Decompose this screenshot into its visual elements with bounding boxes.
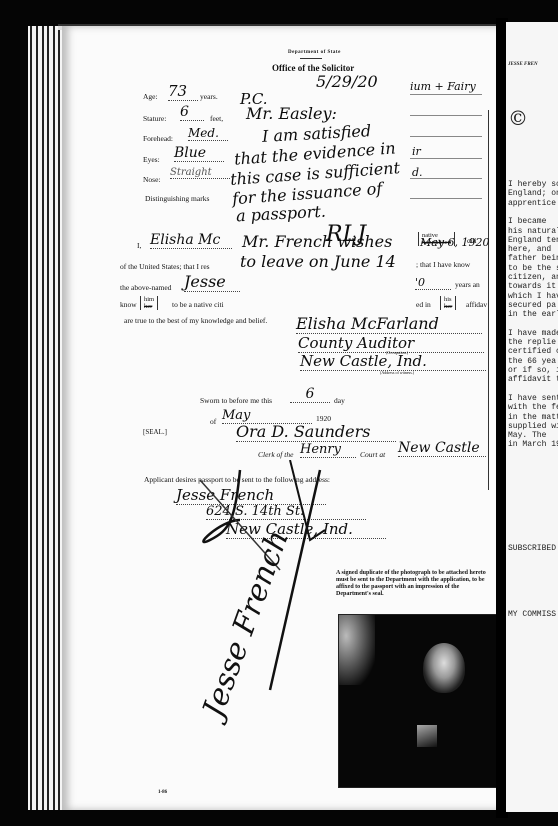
united-states-text: of the United States; that I res — [120, 262, 210, 271]
court-label: Court at — [360, 450, 385, 459]
county-value: Henry — [300, 442, 356, 458]
years-known-value: '0 — [415, 276, 451, 290]
known-text: ; that I have know — [416, 260, 470, 269]
form-number: 1-86 — [158, 790, 167, 795]
native-citizen-text: to be a native citi — [172, 300, 224, 309]
eyes-value: Blue — [174, 145, 224, 162]
right-column-line — [410, 178, 482, 179]
distinguishing-marks-label: Distinguishing marks — [145, 194, 209, 203]
adjacent-page-line: certified c — [508, 347, 558, 356]
commission-text: MY COMMISS — [508, 610, 556, 619]
adjacent-page-line: affidavit t — [508, 375, 558, 384]
age-unit: years. — [200, 92, 218, 101]
adjacent-page-line: here, and — [508, 245, 551, 254]
right-column-line — [410, 198, 482, 199]
photo-instruction-note: A signed duplicate of the photograph to … — [336, 570, 492, 598]
department-heading: Department of State — [288, 50, 341, 55]
adjacent-page-mark: © — [508, 114, 528, 123]
forehead-label: Forehead: — [143, 134, 173, 143]
seal-label: [SEAL.] — [143, 428, 167, 436]
eyes-label: Eyes: — [143, 155, 160, 164]
adjacent-page-line: in the matt — [508, 413, 558, 422]
memo-date: 5/29/20 — [316, 72, 378, 91]
pronoun-bracket: him her — [140, 296, 158, 310]
clerk-signature: Ora D. Saunders — [236, 422, 396, 442]
heading-divider — [300, 58, 322, 59]
adjacent-page-line: I became — [508, 217, 546, 226]
sworn-text: Sworn to before me this — [200, 396, 272, 405]
court-location: New Castle — [398, 440, 486, 457]
applicant-first-name: Jesse — [184, 272, 240, 292]
forehead-value: Med. — [188, 126, 228, 141]
subscribed-text: SUBSCRIBED — [508, 544, 556, 553]
adjacent-page-line: his natural — [508, 227, 558, 236]
affidavit-label: affidav — [466, 300, 487, 309]
her-option: her — [144, 303, 154, 310]
photo-portrait-collar — [417, 725, 437, 747]
photo-highlight — [339, 615, 375, 685]
adjacent-page-line: or if so, i — [508, 366, 558, 375]
adjacent-page-line: the replie — [508, 338, 556, 347]
nose-value: Straight — [170, 167, 230, 179]
adjacent-page-line: apprentice — [508, 199, 556, 208]
affidavit-intro: I, — [137, 241, 141, 250]
address-caption: (Address of witness.) — [380, 370, 414, 375]
photo-portrait-head — [423, 643, 465, 693]
right-column-value-4: ir — [412, 145, 421, 158]
nose-label: Nose: — [143, 175, 161, 184]
adjacent-page-line: I have made — [508, 329, 558, 338]
years-label: years an — [455, 280, 480, 289]
adjacent-page-line: to be the s — [508, 264, 558, 273]
adjacent-page-line: in the earl — [508, 310, 558, 319]
applicant-photograph — [338, 614, 498, 788]
stature-unit: feet, — [210, 114, 223, 123]
adjacent-page-line: father bein — [508, 254, 558, 263]
stature-label: Stature: — [143, 114, 166, 123]
day-label: day — [334, 396, 345, 405]
right-column-line — [410, 115, 482, 116]
witness-address: New Castle, Ind. — [300, 352, 486, 371]
citizen-label: citi — [467, 236, 477, 245]
age-value: 73 — [168, 82, 198, 101]
adjacent-page-line: supplied wi — [508, 422, 558, 431]
native-option: native — [422, 232, 451, 239]
witness-signature: Elisha McFarland — [296, 314, 482, 334]
adjacent-page-line: England ten — [508, 236, 558, 245]
right-column-line — [410, 94, 482, 95]
memo-note-line-1: Mr. French wishes — [242, 232, 392, 251]
his-bracket: his her — [440, 296, 456, 310]
know-label: know — [120, 300, 137, 309]
right-column-line — [410, 136, 482, 137]
memo-note-line-2: to leave on June 14 — [240, 252, 396, 271]
his-option: his — [444, 296, 452, 303]
adjacent-page-line: secured pa s — [508, 301, 558, 310]
right-column-value-1: ium + Fairy — [410, 80, 476, 93]
adjacent-page: JESSE FREN © I hereby soEngland; onappre… — [506, 22, 558, 812]
adjacent-page-line: May. The — [508, 431, 546, 440]
adjacent-page-line: towards it' — [508, 282, 558, 291]
adjacent-page-line: in March 19 — [508, 440, 558, 449]
stature-value: 6 — [180, 104, 204, 121]
adjacent-page-line: with the fe — [508, 403, 558, 412]
her-option-2: her — [444, 303, 452, 310]
memo-addressee: Mr. Easley: — [246, 104, 337, 123]
right-column-line — [410, 158, 482, 159]
adjacent-page-line: which I hav — [508, 292, 558, 301]
sworn-day-value: 6 — [290, 386, 330, 403]
of-label: of — [210, 417, 216, 426]
citizenship-type-bracket: native naturalized — [418, 232, 455, 246]
clerk-label: Clerk of the — [258, 450, 293, 459]
witness-name: Elisha Mc — [150, 232, 232, 249]
adjacent-page-line: I hereby so — [508, 180, 558, 189]
stated-in-text: ed in — [416, 300, 431, 309]
belief-statement: are true to the best of my knowledge and… — [124, 316, 267, 325]
adjacent-page-line: the 66 yea — [508, 357, 556, 366]
form-border-line — [488, 110, 489, 490]
naturalized-option: naturalized — [422, 239, 451, 246]
above-named-label: the above-named — [120, 283, 171, 292]
age-label: Age: — [143, 92, 158, 101]
adjacent-page-line: England; on — [508, 189, 558, 198]
him-option: him — [144, 296, 154, 303]
adjacent-page-line: I have sent — [508, 394, 558, 403]
adjacent-page-line: citizen, an — [508, 273, 558, 282]
adjacent-page-header: JESSE FREN — [508, 60, 538, 69]
